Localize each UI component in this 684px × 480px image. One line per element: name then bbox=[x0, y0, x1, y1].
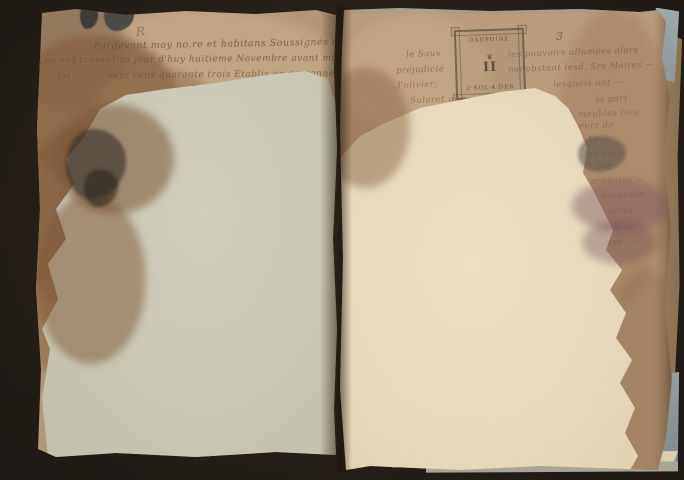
handwriting-line: fsl bbox=[58, 71, 70, 81]
manuscript-scan: RPardevant moy no.re et habitans Soussig… bbox=[0, 0, 684, 480]
stamp-corner-ornament bbox=[518, 25, 527, 34]
handwriting-line: préjudicié bbox=[396, 64, 445, 76]
stain bbox=[36, 194, 146, 364]
handwriting-line: J'olivier; bbox=[397, 80, 438, 91]
right-page: le Sauvles pouvoirs allumées alorspréjud… bbox=[340, 8, 672, 470]
stamp-inner-frame: DAUPHINE ♛ II 2·SOL·4·DEN bbox=[459, 33, 521, 95]
handwriting-line: la part bbox=[596, 94, 628, 105]
handwriting-line: R bbox=[135, 24, 146, 39]
stamp-duty-label: 2·SOL·4·DEN bbox=[467, 84, 516, 92]
handwriting-line: meubles lieu bbox=[578, 108, 639, 120]
folio-number: 3 bbox=[556, 30, 563, 43]
stamp-value: II bbox=[483, 61, 498, 74]
left-page: RPardevant moy no.re et habitans Soussig… bbox=[36, 9, 338, 458]
stain-purple bbox=[582, 220, 656, 264]
stamp-region-label: DAUPHINE bbox=[469, 36, 510, 43]
tax-stamp: DAUPHINE ♛ II 2·SOL·4·DEN bbox=[454, 28, 526, 100]
handwriting-line: le Sauv bbox=[406, 49, 441, 60]
